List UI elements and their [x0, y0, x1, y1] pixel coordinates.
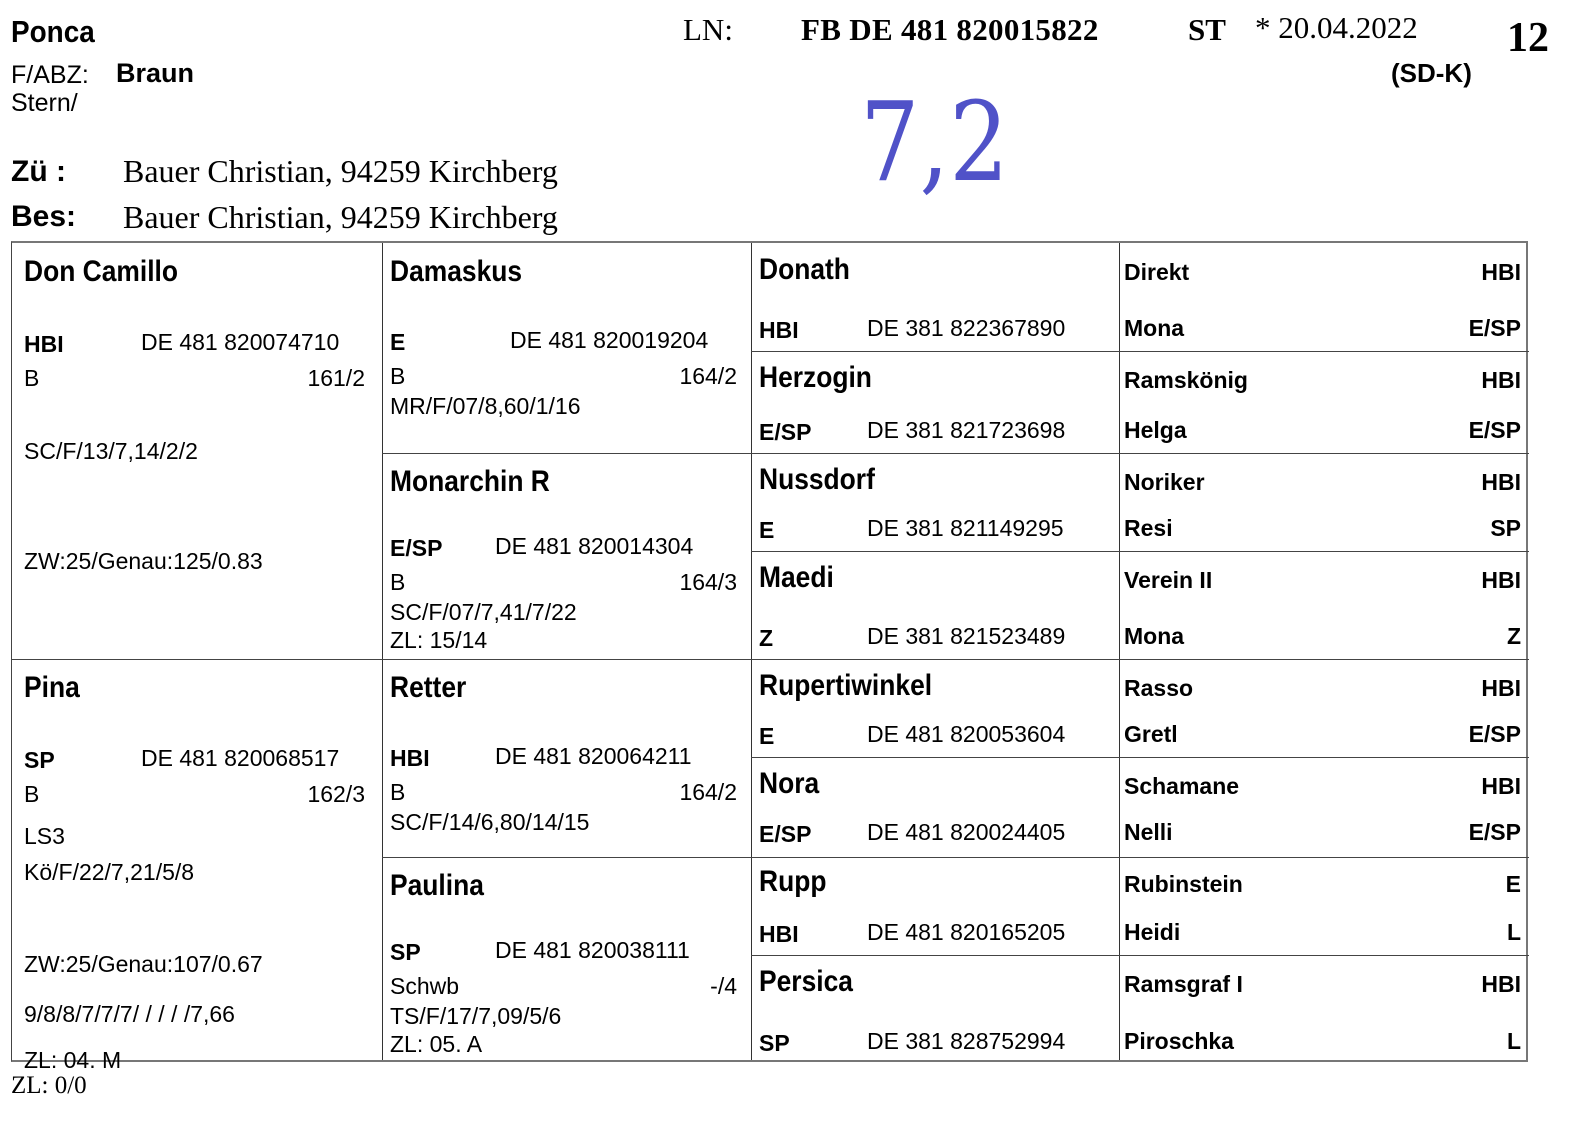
performance: SC/F/07/7,41/7/22	[390, 599, 577, 626]
scores: 9/8/8/7/7/7/ / / / /7,66	[24, 1001, 235, 1028]
performance: SC/F/13/7,14/2/2	[24, 438, 198, 465]
birth-date: * 20.04.2022	[1255, 10, 1418, 46]
coat-color: B	[390, 779, 405, 806]
markings: Stern/	[11, 89, 78, 118]
dam-code: SP	[1490, 515, 1521, 542]
dam-name: Gretl	[1124, 721, 1178, 748]
performance: SC/F/14/6,80/14/15	[390, 809, 589, 836]
sire-code: HBI	[1481, 567, 1521, 594]
id-number: DE 481 820068517	[141, 745, 339, 772]
great-grandparent-cell: MaediZDE 381 821523489	[751, 551, 1119, 659]
coat-color: B	[24, 365, 39, 392]
great-grandparent-cell: DonathHBIDE 381 822367890	[751, 243, 1119, 351]
id-number: DE 381 821149295	[867, 515, 1064, 542]
great-grandparent-cell: PersicaSPDE 381 828752994	[751, 955, 1119, 1064]
sire-code: HBI	[1481, 971, 1521, 998]
breeder-value: Bauer Christian, 94259 Kirchberg	[123, 153, 558, 190]
life-number-value: FB DE 481 820015822	[801, 12, 1099, 48]
parent-name: Don Camillo	[24, 255, 178, 289]
dam-name: Mona	[1124, 315, 1184, 342]
breed-code: HBI	[24, 331, 64, 358]
size: 164/2	[679, 779, 737, 806]
coat-color: B	[24, 781, 39, 808]
id-number: DE 481 820014304	[495, 533, 693, 560]
life-number-label: LN:	[683, 12, 733, 48]
id-number: DE 481 820064211	[495, 743, 692, 770]
grandparent-cell: DamaskusEDE 481 820019204B164/2MR/F/07/8…	[382, 243, 751, 453]
dam-code: Z	[1507, 623, 1521, 650]
breed-code: HBI	[759, 921, 799, 948]
sire-name: Ramsgraf I	[1124, 971, 1243, 998]
sire-code: HBI	[1481, 259, 1521, 286]
breeder-label: Zü :	[11, 155, 66, 189]
handwritten-score: 7,2	[860, 78, 1009, 206]
performance: Kö/F/22/7,21/5/8	[24, 859, 194, 886]
performance: MR/F/07/8,60/1/16	[390, 393, 581, 420]
sire-code: HBI	[1481, 469, 1521, 496]
breed-code: E	[759, 723, 774, 750]
breed-code: Z	[759, 625, 773, 652]
great-great-grandparent-cell: Ramsgraf IHBIPiroschkaL	[1119, 955, 1529, 1064]
color-value: Braun	[116, 58, 194, 89]
id-number: DE 381 828752994	[867, 1028, 1065, 1055]
great-grandparent-name: Donath	[759, 253, 850, 287]
breed-code: E/SP	[759, 821, 811, 848]
sire-name: Rasso	[1124, 675, 1193, 702]
grandparent-name: Paulina	[390, 869, 484, 903]
great-grandparent-cell: RuppHBIDE 481 820165205	[751, 855, 1119, 955]
great-grandparent-cell: RupertiwinkelEDE 481 820053604	[751, 659, 1119, 757]
owner-label: Bes:	[11, 200, 76, 234]
line3: LS3	[24, 823, 65, 850]
dam-code: E/SP	[1469, 315, 1521, 342]
sire-name: Rubinstein	[1124, 871, 1243, 898]
great-great-grandparent-cell: Verein IIHBIMonaZ	[1119, 551, 1529, 659]
id-number: DE 381 822367890	[867, 315, 1065, 342]
id-number: DE 381 821523489	[867, 623, 1065, 650]
parent-cell: PinaSPDE 481 820068517B162/3LS3Kö/F/22/7…	[12, 659, 382, 1075]
catalog-number: 12	[1507, 14, 1549, 62]
dam-name: Mona	[1124, 623, 1184, 650]
great-great-grandparent-cell: RubinsteinEHeidiL	[1119, 855, 1529, 955]
horse-name: Ponca	[11, 14, 95, 50]
breed-code: E	[390, 329, 405, 356]
zl: ZL: 05. A	[390, 1031, 482, 1058]
id-number: DE 481 820024405	[867, 819, 1065, 846]
great-great-grandparent-cell: SchamaneHBINelliE/SP	[1119, 757, 1529, 855]
grandparent-name: Retter	[390, 671, 466, 705]
breed-code: HBI	[759, 317, 799, 344]
great-grandparent-name: Rupp	[759, 865, 826, 899]
coat-color: B	[390, 569, 405, 596]
dam-code: E/SP	[1469, 819, 1521, 846]
dam-name: Resi	[1124, 515, 1173, 542]
size: 164/2	[679, 363, 737, 390]
size: 164/3	[679, 569, 737, 596]
breed-code: SP	[390, 939, 421, 966]
parent-cell: Don CamilloHBIDE 481 820074710B161/2SC/F…	[12, 243, 382, 659]
breed-code: E/SP	[390, 535, 442, 562]
breed-code: HBI	[390, 745, 430, 772]
id-number: DE 481 820038111	[495, 937, 690, 964]
great-great-grandparent-cell: NorikerHBIResiSP	[1119, 453, 1529, 551]
breed-code: SP	[759, 1030, 790, 1057]
grandparent-cell: PaulinaSPDE 481 820038111Schwb-/4TS/F/17…	[382, 857, 751, 1064]
sire-name: Noriker	[1124, 469, 1205, 496]
coat-color: Schwb	[390, 973, 459, 1000]
breeding-value: ZW:25/Genau:125/0.83	[24, 548, 263, 575]
dam-code: L	[1507, 919, 1521, 946]
grandparent-name: Monarchin R	[390, 465, 550, 499]
classification: (SD-K)	[1391, 58, 1472, 89]
dam-name: Nelli	[1124, 819, 1173, 846]
great-grandparent-name: Nora	[759, 767, 819, 801]
size: 161/2	[307, 365, 365, 392]
sire-name: Direkt	[1124, 259, 1189, 286]
id-number: DE 481 820053604	[867, 721, 1065, 748]
color-label: F/ABZ:	[11, 61, 89, 90]
sire-name: Schamane	[1124, 773, 1239, 800]
great-grandparent-name: Persica	[759, 965, 853, 999]
parent-name: Pina	[24, 671, 80, 705]
sire-name: Ramskönig	[1124, 367, 1248, 394]
dam-code: E/SP	[1469, 721, 1521, 748]
sire-code: HBI	[1481, 675, 1521, 702]
great-grandparent-name: Nussdorf	[759, 463, 875, 497]
sire-name: Verein II	[1124, 567, 1212, 594]
grandparent-cell: RetterHBIDE 481 820064211B164/2SC/F/14/6…	[382, 659, 751, 857]
breed-code: E	[759, 517, 774, 544]
zl: ZL: 15/14	[390, 627, 487, 654]
id-number: DE 481 820019204	[510, 327, 708, 354]
sire-code: HBI	[1481, 367, 1521, 394]
dam-name: Piroschka	[1124, 1028, 1234, 1055]
dam-name: Helga	[1124, 417, 1187, 444]
breed-code: E/SP	[759, 419, 811, 446]
sire-code: E	[1506, 871, 1521, 898]
size: 162/3	[307, 781, 365, 808]
performance: TS/F/17/7,09/5/6	[390, 1003, 561, 1030]
id-number: DE 381 821723698	[867, 417, 1065, 444]
dam-code: E/SP	[1469, 417, 1521, 444]
breeding-value: ZW:25/Genau:107/0.67	[24, 951, 263, 978]
great-great-grandparent-cell: RamskönigHBIHelgaE/SP	[1119, 351, 1529, 453]
great-great-grandparent-cell: DirektHBIMonaE/SP	[1119, 243, 1529, 351]
grandparent-name: Damaskus	[390, 255, 522, 289]
size: -/4	[710, 973, 737, 1000]
great-grandparent-name: Herzogin	[759, 361, 872, 395]
dam-name: Heidi	[1124, 919, 1180, 946]
st-label: ST	[1188, 12, 1226, 48]
great-grandparent-cell: HerzoginE/SPDE 381 821723698	[751, 351, 1119, 453]
great-grandparent-name: Maedi	[759, 561, 834, 595]
great-great-grandparent-cell: RassoHBIGretlE/SP	[1119, 659, 1529, 757]
great-grandparent-name: Rupertiwinkel	[759, 669, 932, 703]
footer-zl: ZL: 0/0	[11, 1072, 87, 1100]
great-grandparent-cell: NussdorfEDE 381 821149295	[751, 453, 1119, 551]
id-number: DE 481 820074710	[141, 329, 339, 356]
breed-code: SP	[24, 747, 55, 774]
pedigree-table: Don CamilloHBIDE 481 820074710B161/2SC/F…	[11, 241, 1528, 1062]
dam-code: L	[1507, 1028, 1521, 1055]
grandparent-cell: Monarchin RE/SPDE 481 820014304B164/3SC/…	[382, 453, 751, 659]
zl: ZL: 04. M	[24, 1047, 121, 1074]
coat-color: B	[390, 363, 405, 390]
owner-value: Bauer Christian, 94259 Kirchberg	[123, 199, 558, 236]
sire-code: HBI	[1481, 773, 1521, 800]
great-grandparent-cell: NoraE/SPDE 481 820024405	[751, 757, 1119, 855]
id-number: DE 481 820165205	[867, 919, 1065, 946]
